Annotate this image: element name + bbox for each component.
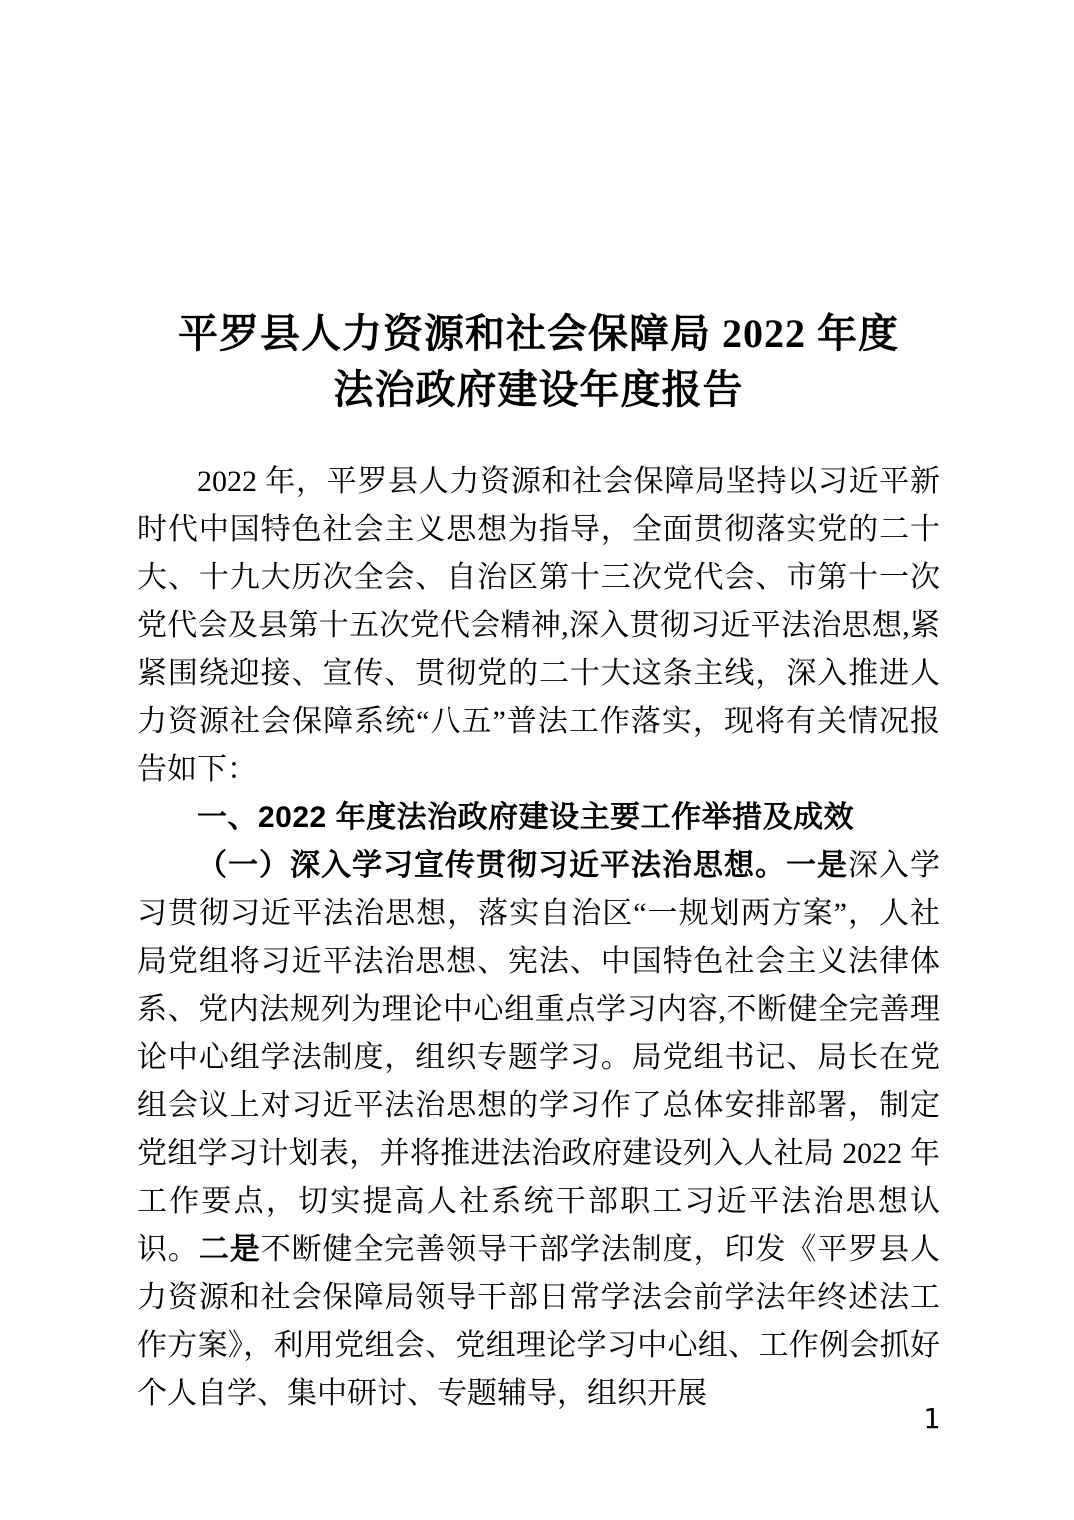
title-line-1: 平罗县人力资源和社会保障局 2022 年度 (137, 306, 940, 362)
point-two-label: 二是 (199, 1233, 261, 1266)
subsection-1-1-label: （一）深入学习宣传贯彻习近平法治思想。 (197, 849, 786, 882)
title-line-2: 法治政府建设年度报告 (137, 362, 940, 418)
document-title: 平罗县人力资源和社会保障局 2022 年度 法治政府建设年度报告 (137, 306, 940, 418)
section-1-1-paragraph: （一）深入学习宣传贯彻习近平法治思想。一是深入学习贯彻习近平法治思想，落实自治区… (137, 842, 940, 1418)
document-page: 平罗县人力资源和社会保障局 2022 年度 法治政府建设年度报告 2022 年，… (0, 0, 1074, 1520)
point-one-label: 一是 (786, 849, 848, 882)
intro-paragraph: 2022 年，平罗县人力资源和社会保障局坚持以习近平新时代中国特色社会主义思想为… (137, 458, 940, 794)
page-number: 1 (0, 1402, 940, 1435)
section-1-heading: 一、2022 年度法治政府建设主要工作举措及成效 (137, 794, 940, 842)
point-one-text: 深入学习贯彻习近平法治思想，落实自治区“一规划两方案”，人社局党组将习近平法治思… (137, 849, 940, 1266)
document-content: 平罗县人力资源和社会保障局 2022 年度 法治政府建设年度报告 2022 年，… (137, 306, 940, 1418)
